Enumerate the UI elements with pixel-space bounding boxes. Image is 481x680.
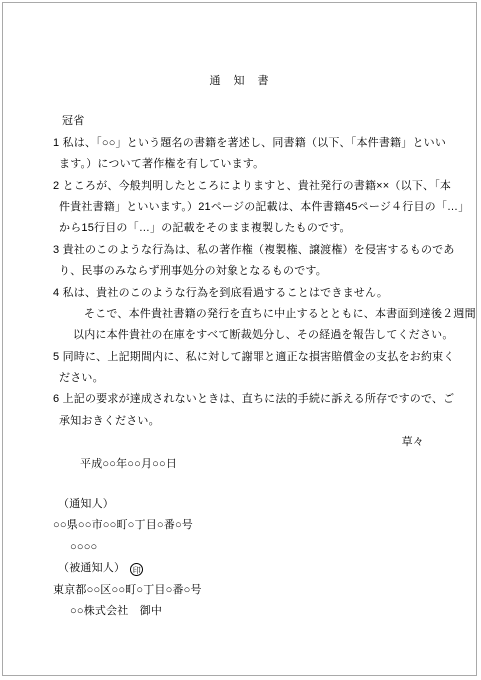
body-line-p1-1: 1 私は、「○○」という題名の書籍を著述し、同書籍（以下、「本件書籍」といい (3, 133, 476, 154)
letter-sheet: 通 知 書 冠省 1 私は、「○○」という題名の書籍を著述し、同書籍（以下、「本… (2, 2, 477, 676)
recipient-label: （被通知人） (58, 562, 125, 574)
body-line-p2-2: 件貴社書籍」といいます。）21ページの記載は、本件書籍45ページ４行目の「…」 (3, 197, 476, 218)
body-line-p6-1: 6 上記の要求が達成されないときは、直ちに法的手続に訴える所存ですので、ご (3, 389, 476, 410)
signature-spacer (3, 475, 476, 494)
recipient-label-line: （被通知人）印 (3, 558, 476, 579)
body-line-p5-2: ださい。 (3, 368, 476, 389)
notifier-label: （通知人） (3, 494, 476, 515)
body-line-p1-2: ます。）について著作権を有しています。 (3, 154, 476, 175)
notifier-address: ○○県○○市○○町○丁目○番○号 (3, 515, 476, 536)
body-line-p2-1: 2 ところが、今般判明したところによりますと、貴社発行の書籍××（以下、「本 (3, 176, 476, 197)
notifier-name: ○○○○ (3, 537, 476, 558)
body-line-p4-3: 以内に本件貴社の在庫をすべて断裁処分し、その経過を報告してください。 (3, 325, 476, 346)
salutation: 冠省 (3, 111, 476, 132)
seal-icon: 印 (130, 563, 143, 576)
notification-letter-page: { "doc": { "title": "通 知 書", "salutation… (0, 0, 481, 680)
letter-title: 通 知 書 (3, 71, 476, 92)
body-line-p4-2: そこで、本件貴社書籍の発行を直ちに中止するとともに、本書面到達後２週間 (3, 304, 476, 325)
body-line-p4-1: 4 私は、貴社のこのような行為を到底看過することはできません。 (3, 283, 476, 304)
closing: 草々 (3, 432, 476, 453)
recipient-name: ○○株式会社 御中 (3, 601, 476, 622)
body-line-p2-3: から15行目の「…」の記載をそのまま複製したものです。 (3, 218, 476, 239)
recipient-address: 東京都○○区○○町○丁目○番○号 (3, 580, 476, 601)
body-line-p3-1: 3 貴社のこのような行為は、私の著作権（複製権、譲渡権）を侵害するものであ (3, 240, 476, 261)
body-line-p5-1: 5 同時に、上記期間内に、私に対して謝罪と適正な損害賠償金の支払をお約束く (3, 347, 476, 368)
body-line-p3-2: り、民事のみならず刑事処分の対象となるものです。 (3, 261, 476, 282)
date-line: 平成○○年○○月○○日 (3, 454, 476, 475)
title-spacer (3, 92, 476, 111)
body-line-p6-2: 承知おきください。 (3, 411, 476, 432)
